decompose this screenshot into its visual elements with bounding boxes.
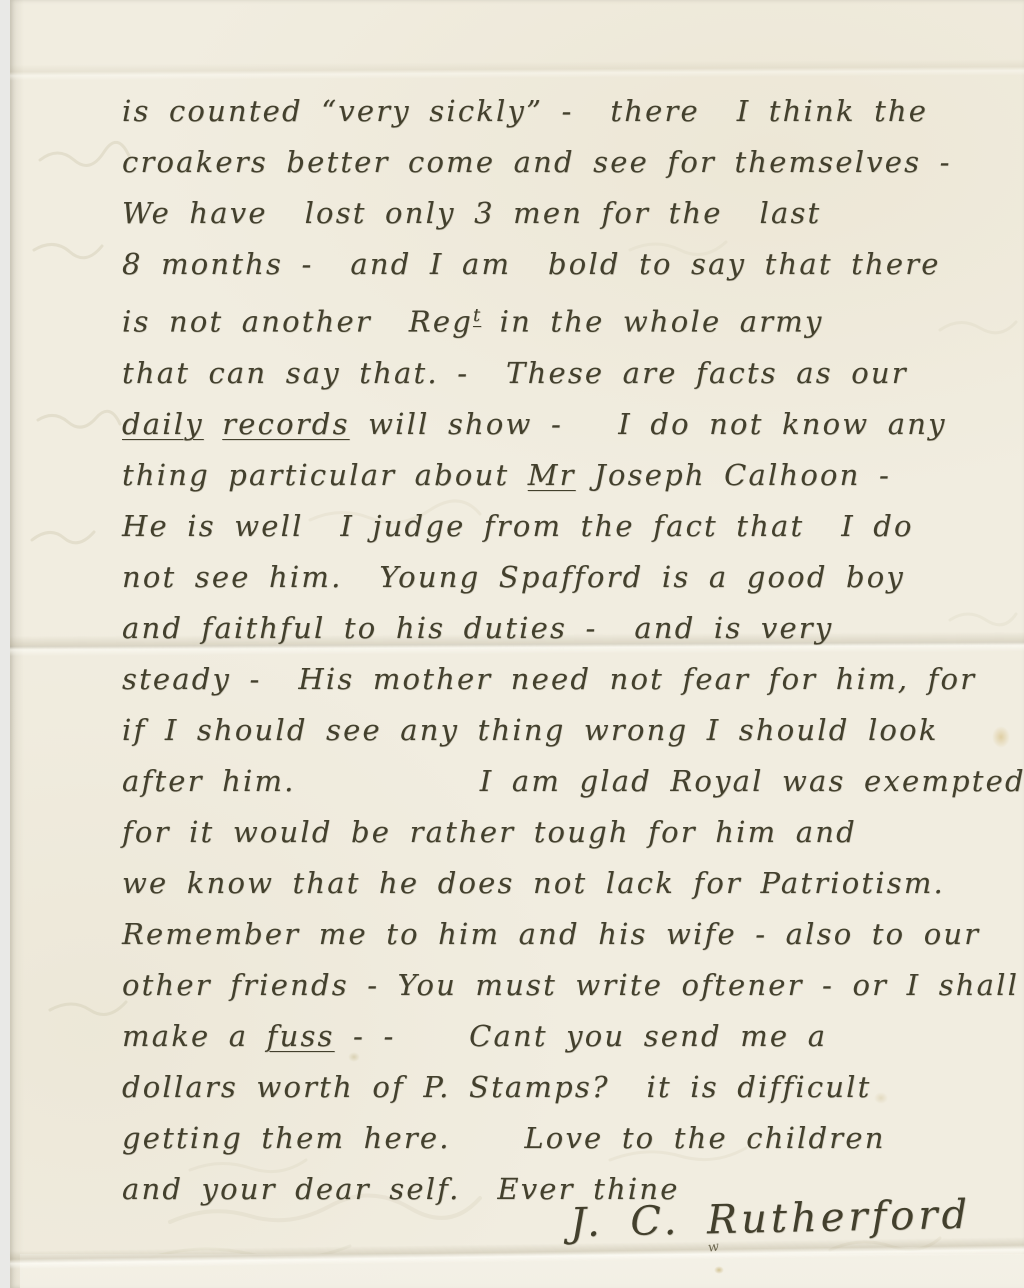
handwritten-text: will show - I do not know any xyxy=(350,407,947,441)
signature-line: J. C. Rutherford xyxy=(570,1192,972,1246)
handwritten-text: we know that he does not lack for Patrio… xyxy=(122,866,945,900)
handwritten-line: other friends - You must write oftener -… xyxy=(122,960,1004,1011)
handwritten-line: He is well I judge from the fact that I … xyxy=(122,501,1004,552)
handwritten-text: steady - His mother need not fear for hi… xyxy=(122,662,976,696)
handwritten-text: is counted “very sickly” - there I think… xyxy=(122,94,928,128)
handwritten-line: dollars worth of P. Stamps? it is diffic… xyxy=(122,1062,1004,1113)
handwritten-line: for it would be rather tough for him and xyxy=(122,807,1004,858)
handwritten-line: is not another Regt in the whole army xyxy=(122,290,1004,348)
handwritten-text: if I should see any thing wrong I should… xyxy=(122,713,939,747)
letter-page: is counted “very sickly” - there I think… xyxy=(10,0,1024,1288)
handwritten-text: thing particular about xyxy=(122,458,528,492)
handwritten-line: that can say that. - These are facts as … xyxy=(122,348,1004,399)
fold-crease-top xyxy=(10,59,1024,80)
handwritten-line: we know that he does not lack for Patrio… xyxy=(122,858,1004,909)
handwritten-line: and faithful to his duties - and is very xyxy=(122,603,1004,654)
handwritten-text: getting them here. Love to the children xyxy=(122,1121,886,1155)
paper-bottom-fold xyxy=(20,1254,1024,1288)
handwritten-text: Mr xyxy=(528,458,576,492)
handwritten-text: Joseph Calhoon - xyxy=(576,458,891,492)
handwritten-text: make a xyxy=(122,1019,267,1053)
handwritten-text xyxy=(204,407,222,441)
handwritten-line: We have lost only 3 men for the last xyxy=(122,188,1004,239)
handwritten-text: other friends - You must write oftener -… xyxy=(122,968,1019,1002)
handwritten-text: daily xyxy=(122,407,204,441)
handwritten-text: 8 months - and I am bold to say that the… xyxy=(122,247,941,281)
handwritten-line: if I should see any thing wrong I should… xyxy=(122,705,1004,756)
handwritten-text: t xyxy=(473,305,481,326)
handwritten-text: dollars worth of P. Stamps? it is diffic… xyxy=(122,1070,872,1104)
handwritten-text: fuss xyxy=(267,1019,335,1053)
handwritten-text: that can say that. - These are facts as … xyxy=(122,356,908,390)
handwritten-text: Remember me to him and his wife - also t… xyxy=(122,917,980,951)
handwritten-text: - - Cant you send me a xyxy=(335,1019,828,1053)
handwritten-line: not see him. Young Spafford is a good bo… xyxy=(122,552,1004,603)
handwritten-text: We have lost only 3 men for the last xyxy=(122,196,821,230)
handwritten-text: in the whole army xyxy=(481,305,823,339)
handwritten-line: 8 months - and I am bold to say that the… xyxy=(122,239,1004,290)
handwritten-line: after him. I am glad Royal was exempted- xyxy=(122,756,1004,807)
handwritten-text: and faithful to his duties - and is very xyxy=(122,611,833,645)
handwritten-text: for it would be rather tough for him and xyxy=(122,815,857,849)
handwritten-line: daily records will show - I do not know … xyxy=(122,399,1004,450)
handwritten-line: is counted “very sickly” - there I think… xyxy=(122,86,1004,137)
handwritten-line: make a fuss - - Cant you send me a xyxy=(122,1011,1004,1062)
letter-lines: is counted “very sickly” - there I think… xyxy=(122,86,1004,1215)
handwritten-line: steady - His mother need not fear for hi… xyxy=(122,654,1004,705)
handwritten-text: He is well I judge from the fact that I … xyxy=(122,509,914,543)
handwritten-line: croakers better come and see for themsel… xyxy=(122,137,1004,188)
handwritten-text: not see him. Young Spafford is a good bo… xyxy=(122,560,905,594)
handwritten-line: Remember me to him and his wife - also t… xyxy=(122,909,1004,960)
handwritten-text: croakers better come and see for themsel… xyxy=(122,145,952,179)
pen-mark: w xyxy=(707,1239,720,1255)
handwritten-text: after him. I am glad Royal was exempted- xyxy=(122,764,1024,798)
handwritten-text: records xyxy=(222,407,349,441)
handwritten-line: thing particular about Mr Joseph Calhoon… xyxy=(122,450,1004,501)
handwritten-text: is not another Reg xyxy=(122,305,473,339)
handwritten-line: getting them here. Love to the children xyxy=(122,1113,1004,1164)
